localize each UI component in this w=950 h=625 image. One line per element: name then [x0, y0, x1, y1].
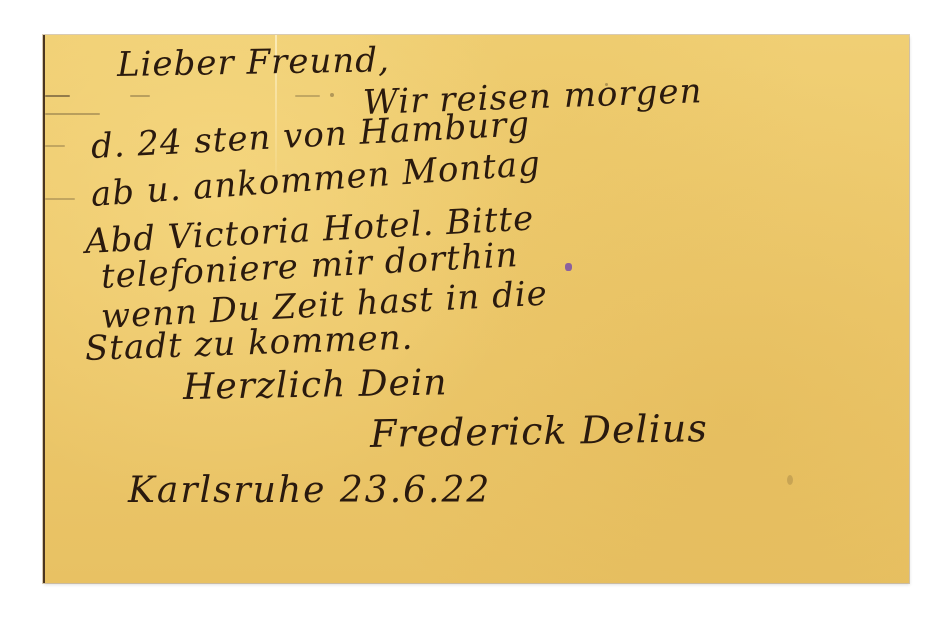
postmark-line	[295, 95, 320, 97]
postmark-line	[45, 198, 75, 200]
place-date: Karlsruhe 23.6.22	[128, 470, 491, 511]
violet-ink-mark	[565, 263, 572, 271]
ink-speck	[787, 475, 793, 485]
signature: Frederick Delius	[370, 406, 708, 456]
postcard: Lieber Freund, Wir reisen morgen d. 24 s…	[43, 35, 909, 583]
postmark-line	[45, 113, 100, 115]
closing: Herzlich Dein	[183, 362, 448, 408]
postmark-line	[45, 95, 70, 97]
ink-speck	[330, 93, 334, 97]
salutation: Lieber Freund,	[117, 40, 391, 85]
postmark-line	[45, 145, 65, 147]
document-stage: Lieber Freund, Wir reisen morgen d. 24 s…	[0, 0, 950, 625]
postmark-line	[130, 95, 150, 97]
